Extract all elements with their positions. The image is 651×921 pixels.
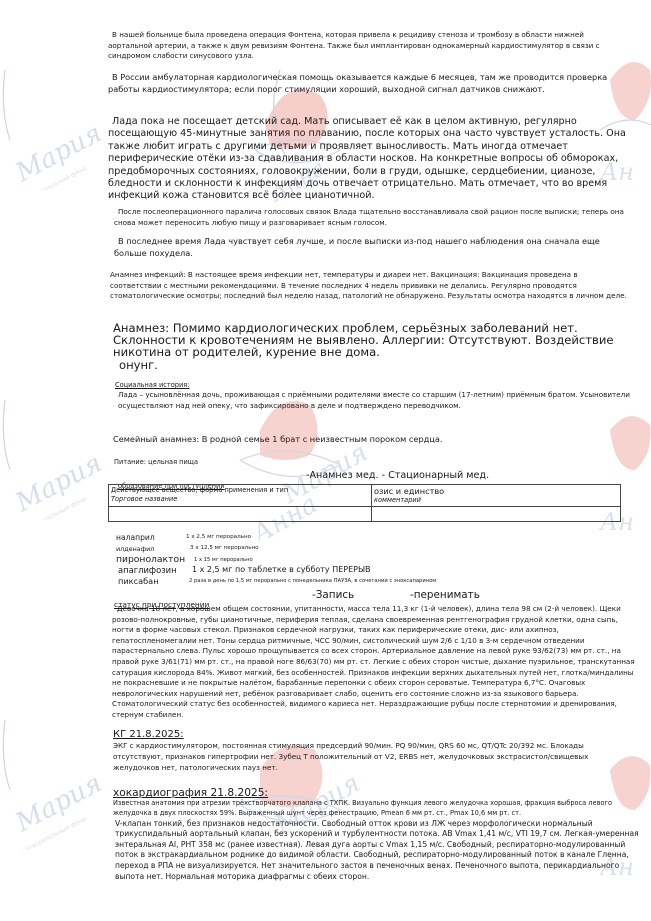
medication-dose: 3 x 12,5 мг перорально [190, 545, 259, 551]
paragraph-vocal-paralysis: После послеоперационного паралича голосо… [114, 207, 634, 228]
echo-heading: хокардиография 21.8.2025: [113, 787, 643, 799]
svg-text:благотворительный фонд: благотворительный фонд [12, 495, 88, 520]
medication-dose: 1 x 2,5 мг перорально [186, 534, 251, 540]
echo-text-detail: V-клапан тонкий, без признаков недостато… [113, 819, 643, 883]
ecg-text: ЭКГ с кардиостимулятором, постоянная сти… [113, 741, 633, 773]
paragraph-fontan-operation: В нашей больнице была проведена операция… [108, 30, 628, 62]
table-header-row: Действующее вещество, форма применения и… [109, 485, 621, 507]
nutrition-line: Питание: цельная пища [114, 458, 634, 467]
paragraph-recent-status: В последнее время Лада чувствует себя лу… [114, 236, 634, 259]
medication-name: пиронолактон [116, 554, 185, 565]
table-header-substance: Действующее вещество, форма применения и… [109, 485, 372, 507]
medication-dose: 2 раза в день по 1,5 мг перорально с пон… [189, 578, 436, 584]
medication-dose: 1 x 2,5 мг по таблетке в субботу ПЕРЕРЫВ [192, 565, 371, 574]
medication-name: апаглифозин [118, 565, 177, 575]
svg-text:благотворительный фонд: благотворительный фонд [12, 165, 88, 190]
medication-name: пиксабан [118, 576, 159, 586]
medication-dose: 1 x 15 мг перорально [194, 557, 253, 563]
paragraph-infection-history: Анамнез инфекций: В настоящее время инфе… [110, 270, 630, 302]
watermark-script-left-3: Мария благотворительный фонд [0, 720, 110, 850]
svg-text:Мария: Мария [10, 448, 107, 518]
svg-text:Мария: Мария [10, 118, 107, 188]
paragraph-family-history: Семейный анамнез: В родной семье 1 брат … [113, 434, 633, 446]
medication-table: Действующее вещество, форма применения и… [108, 484, 621, 522]
ecg-heading: КГ 21.8.2025: [113, 729, 633, 741]
svg-text:Мария: Мария [10, 768, 107, 838]
table-header-dose: озис и единство комментарий [372, 485, 621, 507]
watermark-script-left-2: Мария благотворительный фонд [0, 400, 110, 520]
paragraph-admission-status: Девочка 18 лет, в хорошем общем состояни… [112, 604, 640, 721]
table-row [109, 507, 621, 522]
echo-text-summary: Известная анатомия при атрезии трёхствор… [113, 799, 643, 819]
medication-name: налаприл [116, 533, 155, 542]
svg-text:благотворительный фонд: благотворительный фонд [12, 815, 88, 850]
section-social-history: Социальная история: Лада – усыновлённая … [115, 381, 635, 411]
paragraph-anamnesis: Анамнез: Помимо кардиологических проблем… [113, 322, 633, 371]
paragraph-lada-activity: Лада пока не посещает детский сад. Мать … [108, 116, 628, 203]
watermark-script-left-1: Мария благотворительный фонд [0, 70, 110, 190]
medication-name: илденафил [116, 545, 154, 553]
social-history-text: Лада – усыновлённая дочь, проживающая с … [115, 390, 635, 411]
section-ecg: КГ 21.8.2025: ЭКГ с кардиостимулятором, … [113, 729, 633, 773]
status-label-adopt: -перенимать [410, 589, 480, 601]
section-echocardiography: хокардиография 21.8.2025: Известная анат… [113, 787, 643, 882]
medication-section-title: -Анамнез мед. - Стационарный мед. [306, 470, 489, 482]
paragraph-ambulatory-care: В России амбулаторная кардиологическая п… [108, 72, 628, 95]
social-history-heading: Социальная история: [115, 381, 635, 390]
status-label-record: -Запись [312, 589, 354, 601]
